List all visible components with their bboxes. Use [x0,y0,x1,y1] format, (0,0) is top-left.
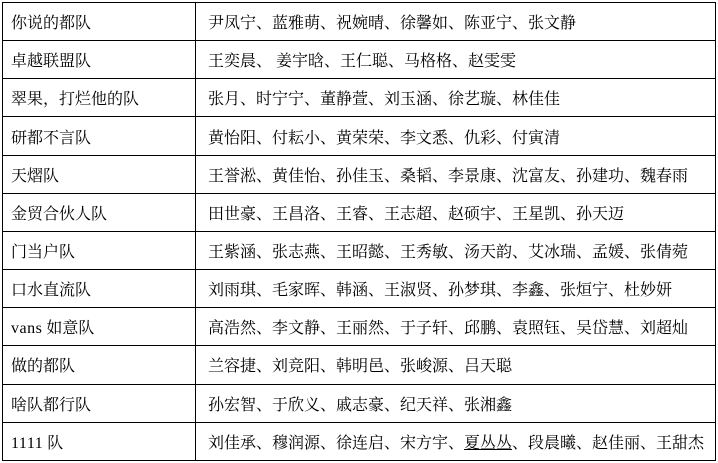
members-cell: 黄怡阳、付耘小、黄荣荣、李文悉、仇彩、付寅清 [196,117,716,155]
team-name-text: 1111 [11,435,43,452]
team-name-cell: 金贸合伙人队 [3,193,196,231]
table-row: 研都不言队黄怡阳、付耘小、黄荣荣、李文悉、仇彩、付寅清 [3,117,716,155]
team-name-cell: 卓越联盟队 [3,41,196,79]
member-names-text: 黄怡阳、付耘小、黄荣荣、李文悉、仇彩、付寅清 [208,130,560,147]
team-name-cell: 研都不言队 [3,117,196,155]
members-cell: 田世豪、王昌洛、王睿、王志超、赵硕宇、王星凯、孙天迈 [196,193,716,231]
team-name-cell: 你说的都队 [3,3,196,41]
table-row: 做的都队兰容捷、刘竞阳、韩明邑、张峻源、吕天聪 [3,346,716,384]
member-names-text: 孙宏智、于欣义、戚志豪、纪天祥、张湘鑫 [208,397,512,414]
member-names-text: 尹凤宁、蓝雅萌、祝婉晴、徐馨如、陈亚宁、张文静 [208,15,576,32]
team-name-text: 天熠队 [11,168,59,185]
team-name-cell: 啥队都行队 [3,384,196,422]
team-name-text: 啥队都行队 [11,397,91,414]
members-cell: 王紫涵、张志燕、王昭懿、王秀敏、汤天韵、艾冰瑞、孟媛、张倩菀 [196,231,716,269]
table-row: 门当户队王紫涵、张志燕、王昭懿、王秀敏、汤天韵、艾冰瑞、孟媛、张倩菀 [3,231,716,269]
member-names-text: 刘佳承、穆润源、徐连启、宋方宇、 [208,435,464,452]
members-cell: 孙宏智、于欣义、戚志豪、纪天祥、张湘鑫 [196,384,716,422]
team-name-cell: 翠果，打烂他的队 [3,79,196,117]
members-cell: 王奕晨、 姜宇晗、王仁聪、马格格、赵雯雯 [196,41,716,79]
member-names-text: 高浩然、李文静、王丽然、于子轩、邱鹏、袁照钰、吴岱慧、刘超灿 [208,320,688,337]
table-row: 你说的都队尹凤宁、蓝雅萌、祝婉晴、徐馨如、陈亚宁、张文静 [3,3,716,41]
members-cell: 尹凤宁、蓝雅萌、祝婉晴、徐馨如、陈亚宁、张文静 [196,3,716,41]
team-name-cell: 门当户队 [3,231,196,269]
member-names-text: 兰容捷、刘竞阳、韩明邑、张峻源、吕天聪 [208,358,512,375]
member-names-text: 张月、时宁宁、董静萱、刘玉涵、徐艺璇、林佳佳 [208,91,560,108]
member-names-text: 王誉淞、黄佳怡、孙佳玉、桑韬、李景康、沈富友、孙建功、魏春雨 [208,168,688,185]
team-name-text: 你说的都队 [11,15,91,32]
members-cell: 刘雨琪、毛家晖、韩涵、王淑贤、孙梦琪、李鑫、张烜宁、杜妙妍 [196,270,716,308]
team-name-cell: 天熠队 [3,155,196,193]
teams-table: 你说的都队尹凤宁、蓝雅萌、祝婉晴、徐馨如、陈亚宁、张文静卓越联盟队王奕晨、 姜宇… [2,2,716,461]
team-name-text: 研都不言队 [11,130,91,147]
team-name-text: 队 [43,435,63,452]
team-name-text: 如意队 [42,320,94,337]
table-row: 天熠队王誉淞、黄佳怡、孙佳玉、桑韬、李景康、沈富友、孙建功、魏春雨 [3,155,716,193]
members-cell: 刘佳承、穆润源、徐连启、宋方宇、夏丛丛、段晨曦、赵佳丽、王甜杰 [196,422,716,460]
member-names-text: 、段晨曦、赵佳丽、王甜杰 [512,435,704,452]
team-name-cell: vans 如意队 [3,308,196,346]
table-row: 口水直流队刘雨琪、毛家晖、韩涵、王淑贤、孙梦琪、李鑫、张烜宁、杜妙妍 [3,270,716,308]
members-cell: 兰容捷、刘竞阳、韩明邑、张峻源、吕天聪 [196,346,716,384]
team-name-text: 金贸合伙人队 [11,206,107,223]
members-cell: 张月、时宁宁、董静萱、刘玉涵、徐艺璇、林佳佳 [196,79,716,117]
team-name-text: vans [11,320,42,337]
member-names-text: 田世豪、王昌洛、王睿、王志超、赵硕宇、王星凯、孙天迈 [208,206,624,223]
table-row: 卓越联盟队王奕晨、 姜宇晗、王仁聪、马格格、赵雯雯 [3,41,716,79]
member-names-text: 刘雨琪、毛家晖、韩涵、王淑贤、孙梦琪、李鑫、张烜宁、杜妙妍 [208,282,672,299]
table-row: 翠果，打烂他的队张月、时宁宁、董静萱、刘玉涵、徐艺璇、林佳佳 [3,79,716,117]
table-row: vans 如意队高浩然、李文静、王丽然、于子轩、邱鹏、袁照钰、吴岱慧、刘超灿 [3,308,716,346]
table-row: 1111 队刘佳承、穆润源、徐连启、宋方宇、夏丛丛、段晨曦、赵佳丽、王甜杰 [3,422,716,460]
team-name-cell: 口水直流队 [3,270,196,308]
table-row: 啥队都行队孙宏智、于欣义、戚志豪、纪天祥、张湘鑫 [3,384,716,422]
member-names-text: 王奕晨、 姜宇晗、王仁聪、马格格、赵雯雯 [208,53,516,70]
table-row: 金贸合伙人队田世豪、王昌洛、王睿、王志超、赵硕宇、王星凯、孙天迈 [3,193,716,231]
table-body: 你说的都队尹凤宁、蓝雅萌、祝婉晴、徐馨如、陈亚宁、张文静卓越联盟队王奕晨、 姜宇… [3,3,716,461]
team-name-text: 做的都队 [11,358,75,375]
member-names-text: 夏丛丛 [464,435,512,452]
team-name-cell: 1111 队 [3,422,196,460]
team-name-cell: 做的都队 [3,346,196,384]
members-cell: 王誉淞、黄佳怡、孙佳玉、桑韬、李景康、沈富友、孙建功、魏春雨 [196,155,716,193]
team-name-text: 翠果，打烂他的队 [11,91,139,108]
member-names-text: 王紫涵、张志燕、王昭懿、王秀敏、汤天韵、艾冰瑞、孟媛、张倩菀 [208,244,688,261]
members-cell: 高浩然、李文静、王丽然、于子轩、邱鹏、袁照钰、吴岱慧、刘超灿 [196,308,716,346]
team-name-text: 卓越联盟队 [11,53,91,70]
team-name-text: 口水直流队 [11,282,91,299]
team-name-text: 门当户队 [11,244,75,261]
